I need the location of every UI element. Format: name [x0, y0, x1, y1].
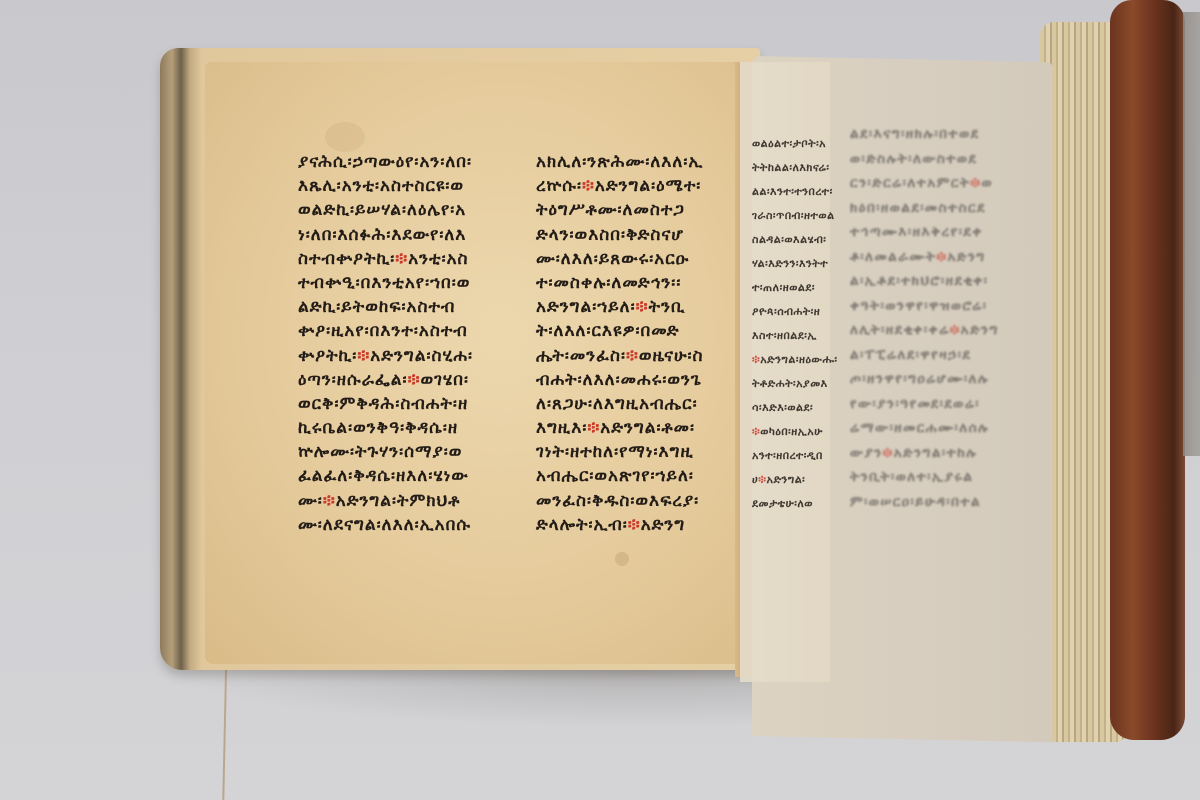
text-column-4: ልደ፡እናግ፡ዘክሉ፡በተወደወ፡ድስሉት፡ለውስተወደርን፡ድርሬ፡ለተአምር…	[850, 122, 999, 514]
text-line: ትቶድሐት፡አያመእ	[752, 372, 838, 396]
text-line: ደመታቴሁ፡ለወ	[752, 492, 838, 516]
text-line: ም፡ወሠርዐ፡ይሁዳ፡በተል	[850, 490, 999, 515]
text-line: ፨አድንግል፡ዘዕውሑ፡	[752, 348, 838, 372]
text-line: ተ፡መስቀሉ፡ለመድኅን፡፡	[536, 271, 704, 295]
text-line: ሃል፡እድንን፡እንትተ	[752, 252, 838, 276]
text-line: ቍዖትኪ፡፨አድንግል፡ስሂሐ፡	[298, 344, 473, 368]
text-line: መንፈስ፡ቅዱስ፡ወእፍረያ፡	[536, 489, 704, 513]
text-line: ሙ፡ለእለ፡ይጸውሩ፡አርዑ	[536, 247, 704, 271]
text-line: ለ፡ጸጋሁ፡ለእግዚአብሔር፡	[536, 392, 704, 416]
text-line: ረኵሱ፡፨አድንግል፡ዕሜተ፡	[536, 174, 704, 198]
text-line: ወልዕልተ፡ታቦት፡አ	[752, 132, 838, 156]
rubric-mark: ፨	[970, 175, 981, 191]
text-column-1: ያናሕሲ፡ኃጣውዕየ፡አን፡ለበ፡እጼሊ፡አንቲ፡አስተስርዩ፡ወወልድኪ፡ይሠ…	[298, 150, 473, 537]
text-line: ልል፡እንተ፡ተንበረተ፡	[752, 180, 838, 204]
rubric-mark: ፨	[752, 425, 760, 438]
text-line: እጼሊ፡አንቲ፡አስተስርዩ፡ወ	[298, 174, 473, 198]
text-line: ዕጣን፡ዘሱራፌል፡፨ወገሄበ፡	[298, 368, 473, 392]
text-line: የው፡ያን፡ዓየመደ፡ደወሬ፡	[850, 392, 999, 417]
text-line: ልደ፡እናግ፡ዘክሉ፡በተወደ	[850, 122, 999, 147]
text-line: ወልድኪ፡ይሠሃል፡ለዕሌየ፡አ	[298, 198, 473, 222]
display-mount	[1183, 12, 1200, 456]
text-line: ወርቅ፡ምቅዳሕ፡ስብሐት፡ዘ	[298, 392, 473, 416]
text-line: ቀዓት፡ወንዋየ፡ዋዝወሮሬ፡	[850, 294, 999, 319]
text-line: ሳ፡እድእ፡ወልደ፡	[752, 396, 838, 420]
rubric-mark: ፨	[636, 297, 649, 317]
text-line: ቍዖ፡ዚአየ፡በእንተ፡አስተብ	[298, 319, 473, 343]
text-line: ተኅጣሙእ፡ዘእቅረየ፡ደቀ	[850, 220, 999, 245]
text-line: ድላን፡ወእስበ፡ቅድስናሆ	[536, 223, 704, 247]
text-line: ውያን፨አድንግል፡ተከሉ	[850, 441, 999, 466]
text-line: ገነት፡ዘተከለ፡የማነ፡እግዚ	[536, 440, 704, 464]
text-line: ክዕበ፡ዘወልደ፡መስተስርደ	[850, 196, 999, 221]
text-line: ትንቢት፡ወለተ፡ኢያሩል	[850, 465, 999, 490]
text-line: ት፡ለእለ፡ርእዩዎ፡በመድ	[536, 319, 704, 343]
rubric-mark: ፨	[323, 491, 336, 511]
text-line: ያናሕሲ፡ኃጣውዕየ፡አን፡ለበ፡	[298, 150, 473, 174]
rubric-mark: ፨	[883, 445, 894, 461]
text-line: ስልዳል፡ወእልሄብ፡	[752, 228, 838, 252]
text-line: ርን፡ድርሬ፡ለተአምርት፨ወ	[850, 171, 999, 196]
text-line: ፈልፈለ፡ቅዳሴ፡ዘእለ፡ሄነው	[298, 464, 473, 488]
text-line: ድላሎት፡ኢብ፡፨አድንግ	[536, 513, 704, 537]
rubric-mark: ፨	[626, 346, 639, 366]
text-line: ነ፡ለበ፡እሰፉሕ፡እደውየ፡ለእ	[298, 223, 473, 247]
text-line: ኵሎሙ፡ትጉሃን፡ሰማያ፡ወ	[298, 440, 473, 464]
text-line: ተ፡ጠለ፡ዘወልደ፡	[752, 276, 838, 300]
text-line: ሙ፡ለደናግል፡ለእለ፡ኢአበሱ	[298, 513, 473, 537]
text-line: ስተብቍዖትኪ፡፨አንቲ፡አስ	[298, 247, 473, 271]
text-line: እስተ፡ዘበልደ፡ኢ	[752, 324, 838, 348]
text-line: ዖዮጳ፡ሰብሐት፡ዘ	[752, 300, 838, 324]
text-line: ለሊት፡ዘደቂቀ፡ቀሬ፨አድንግ	[850, 318, 999, 343]
rubric-mark: ፨	[395, 249, 408, 269]
rubric-mark: ፨	[936, 249, 947, 265]
rubric-mark: ፨	[628, 515, 641, 535]
text-line: ትትከልል፡ለእክናሬ፡	[752, 156, 838, 180]
text-line: ወ፡ድስሉት፡ለውስተወደ	[850, 147, 999, 172]
text-line: ተብቍዒ፡በእንቲአየ፡ኀበ፡ወ	[298, 271, 473, 295]
text-line: ብሐት፡ለእለ፡መሐሩ፡ወንጌ	[536, 368, 704, 392]
text-line: ሙ፡፨አድንግል፡ትምክህቶ	[298, 489, 473, 513]
text-line: ሔት፡መንፈስ፡፨ወዜናሁ፡ስ	[536, 344, 704, 368]
text-line: ቶ፡ለመልራሙት፨አድንግ	[850, 245, 999, 270]
rubric-mark: ፨	[587, 418, 600, 438]
text-line: አድንግል፡ኀይለ፡፨ትንቢ	[536, 295, 704, 319]
text-line: አክሊለ፡ንጽሕሙ፡ለእለ፡ኢ	[536, 150, 704, 174]
text-column-2: አክሊለ፡ንጽሕሙ፡ለእለ፡ኢረኵሱ፡፨አድንግል፡ዕሜተ፡ትዕግሥቶሙ፡ለመስ…	[536, 150, 704, 537]
text-line: አብሔር፡ወአጽገየ፡ኀይለ፡	[536, 464, 704, 488]
text-line: ሀ፨አድንግል፡	[752, 468, 838, 492]
text-line: አንተ፡ዘበረተ፡ዲበ	[752, 444, 838, 468]
text-line: ትዕግሥቶሙ፡ለመስተጋ	[536, 198, 704, 222]
rubric-mark: ፨	[752, 353, 760, 366]
text-line: ጦ፡ዘንዋየ፡ግዐሬሆሙ፡ለሉ	[850, 367, 999, 392]
leather-binding	[1110, 0, 1185, 740]
rubric-mark: ፨	[408, 370, 421, 390]
rubric-mark: ፨	[758, 473, 766, 486]
text-line: ል፡ፐፒሬለደ፡ዋየዛኃ፡ደ	[850, 343, 999, 368]
text-line: ገራስ፡ጥበብ፡ዘተወል	[752, 204, 838, 228]
rubric-mark: ፨	[950, 322, 961, 338]
text-line: ልድኪ፡ይትወከፍ፡አስተብ	[298, 295, 473, 319]
text-line: ኪሩቤል፡ወንቅዓ፡ቅዳሴ፡ዘ	[298, 416, 473, 440]
rubric-mark: ፨	[582, 176, 595, 196]
text-line: ፨ወካዕበ፡ዘኢአሁ	[752, 420, 838, 444]
text-line: ሬማው፡ዘመርሐሙ፡ለሰሉ	[850, 416, 999, 441]
rubric-mark: ፨	[357, 346, 370, 366]
text-line: እግዚእ፡፨አድንግል፡ቶመ፡	[536, 416, 704, 440]
text-column-3: ወልዕልተ፡ታቦት፡አትትከልል፡ለእክናሬ፡ልል፡እንተ፡ተንበረተ፡ገራስ፡…	[752, 132, 838, 516]
text-line: ል፡ኢቶደ፡ተክህሮ፡ዘደቂቀ፡	[850, 269, 999, 294]
